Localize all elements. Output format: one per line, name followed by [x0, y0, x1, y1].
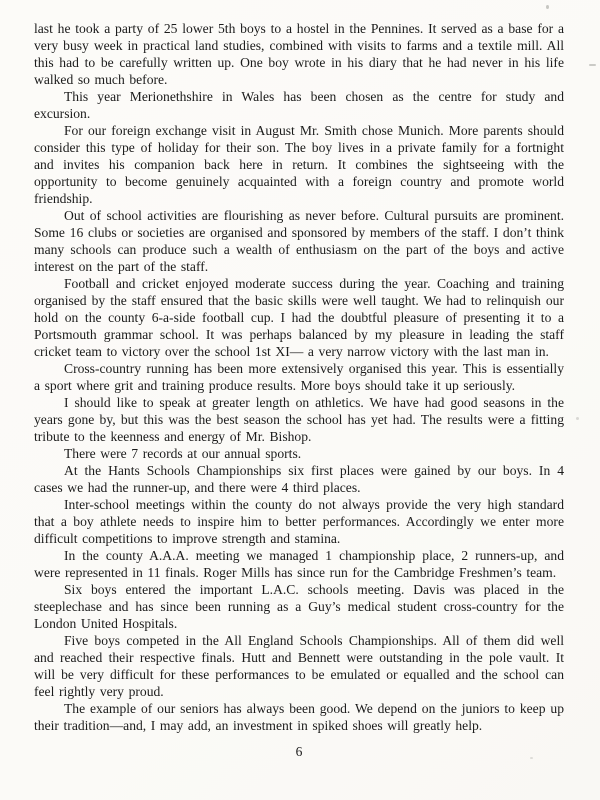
scan-artifact: [576, 417, 579, 420]
page-number: 6: [34, 744, 564, 760]
scan-artifact: [546, 5, 549, 9]
paragraph: This year Merionethshire in Wales has be…: [34, 88, 564, 122]
paragraph: In the county A.A.A. meeting we managed …: [34, 547, 564, 581]
paragraph: Football and cricket enjoyed moderate su…: [34, 275, 564, 360]
body-text: last he took a party of 25 lower 5th boy…: [34, 20, 564, 734]
scan-artifact: [589, 64, 596, 66]
paragraph: last he took a party of 25 lower 5th boy…: [34, 20, 564, 88]
paragraph: For our foreign exchange visit in August…: [34, 122, 564, 207]
paragraph: There were 7 records at our annual sport…: [34, 445, 564, 462]
paragraph: The example of our seniors has always be…: [34, 700, 564, 734]
paragraph: Five boys competed in the All England Sc…: [34, 632, 564, 700]
paragraph: Out of school activities are flourishing…: [34, 207, 564, 275]
scan-artifact: [530, 757, 533, 759]
paragraph: Cross-country running has been more exte…: [34, 360, 564, 394]
document-page: last he took a party of 25 lower 5th boy…: [0, 0, 600, 800]
paragraph: Six boys entered the important L.A.C. sc…: [34, 581, 564, 632]
paragraph: Inter-school meetings within the county …: [34, 496, 564, 547]
paragraph: At the Hants Schools Championships six f…: [34, 462, 564, 496]
paragraph: I should like to speak at greater length…: [34, 394, 564, 445]
